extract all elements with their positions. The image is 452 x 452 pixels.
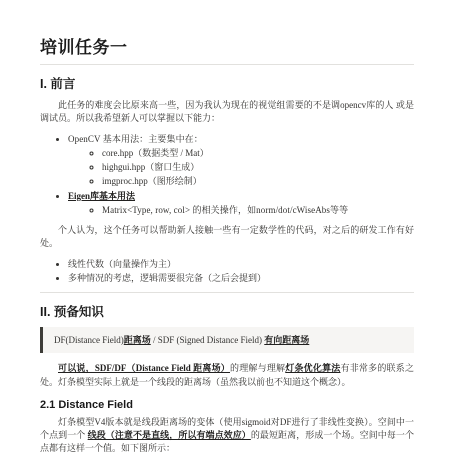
list-item-imgproc-hpp: imgproc.hpp（图形绘制） [102, 175, 414, 188]
paragraph-intro: 此任务的难度会比原来高一些，因为我认为现在的视觉组需要的不是调opencv库的人… [40, 99, 414, 126]
opencv-label: OpenCV 基本用法：主要集中在： [68, 134, 203, 144]
capability-list: OpenCV 基本用法：主要集中在： core.hpp（数据类型 / Mat） … [40, 133, 414, 217]
list-item-logic: 多种情况的考虑，逻辑需要很完备（之后会提到） [68, 272, 414, 285]
sdf-relation-text1: 的理解与理解 [230, 363, 285, 373]
doc-title: 培训任务一 [40, 33, 414, 58]
eigen-sublist: Matrix<Type, row, col> 的相关操作，如norm/dot/c… [68, 204, 414, 217]
paragraph-opinion: 个人认为，这个任务可以帮助新人接触一些有一定数学性的代码，对之后的研发工作有好处… [40, 224, 414, 251]
callout-df-term: 距离场 [124, 335, 151, 345]
document-page: 培训任务一 I. 前言 此任务的难度会比原来高一些，因为我认为现在的视觉组需要的… [0, 0, 452, 452]
heading-preface: I. 前言 [40, 74, 414, 92]
title-divider [40, 64, 414, 65]
skills-list: 线性代数（向量操作为主） 多种情况的考虑，逻辑需要很完备（之后会提到） [40, 258, 414, 285]
list-item-opencv: OpenCV 基本用法：主要集中在： core.hpp（数据类型 / Mat） … [68, 133, 414, 188]
definition-callout: DF(Distance Field)距离场 / SDF (Signed Dist… [40, 327, 414, 354]
paragraph-distance-field: 灯条模型V4版本就是线段距离场的变体（使用sigmoid对DF进行了非线性变换）… [40, 416, 414, 452]
segment-emphasis: 线段（注意不是直线，所以有端点效应） [88, 430, 251, 440]
opencv-sublist: core.hpp（数据类型 / Mat） highgui.hpp（窗口生成） i… [68, 147, 414, 188]
lightbar-algorithm-emphasis: 灯条优化算法 [285, 363, 340, 373]
eigen-label: Eigen库基本用法 [68, 191, 135, 201]
callout-sdf-label: / SDF (Signed Distance Field) [151, 335, 265, 345]
list-item-core-hpp: core.hpp（数据类型 / Mat） [102, 147, 414, 160]
list-item-matrix-ops: Matrix<Type, row, col> 的相关操作，如norm/dot/c… [102, 204, 414, 217]
list-item-linear-algebra: 线性代数（向量操作为主） [68, 258, 414, 271]
heading-distance-field: 2.1 Distance Field [40, 399, 414, 411]
callout-df-label: DF(Distance Field) [54, 335, 124, 345]
heading-prep: II. 预备知识 [40, 302, 414, 320]
section-divider [40, 292, 414, 293]
list-item-eigen: Eigen库基本用法 Matrix<Type, row, col> 的相关操作，… [68, 190, 414, 217]
list-item-highgui-hpp: highgui.hpp（窗口生成） [102, 161, 414, 174]
sdf-relation-emphasis: 可以说，SDF/DF（Distance Field 距离场） [58, 363, 230, 373]
callout-sdf-term: 有向距离场 [264, 335, 309, 345]
paragraph-sdf-relation: 可以说，SDF/DF（Distance Field 距离场）的理解与理解灯条优化… [40, 362, 414, 389]
